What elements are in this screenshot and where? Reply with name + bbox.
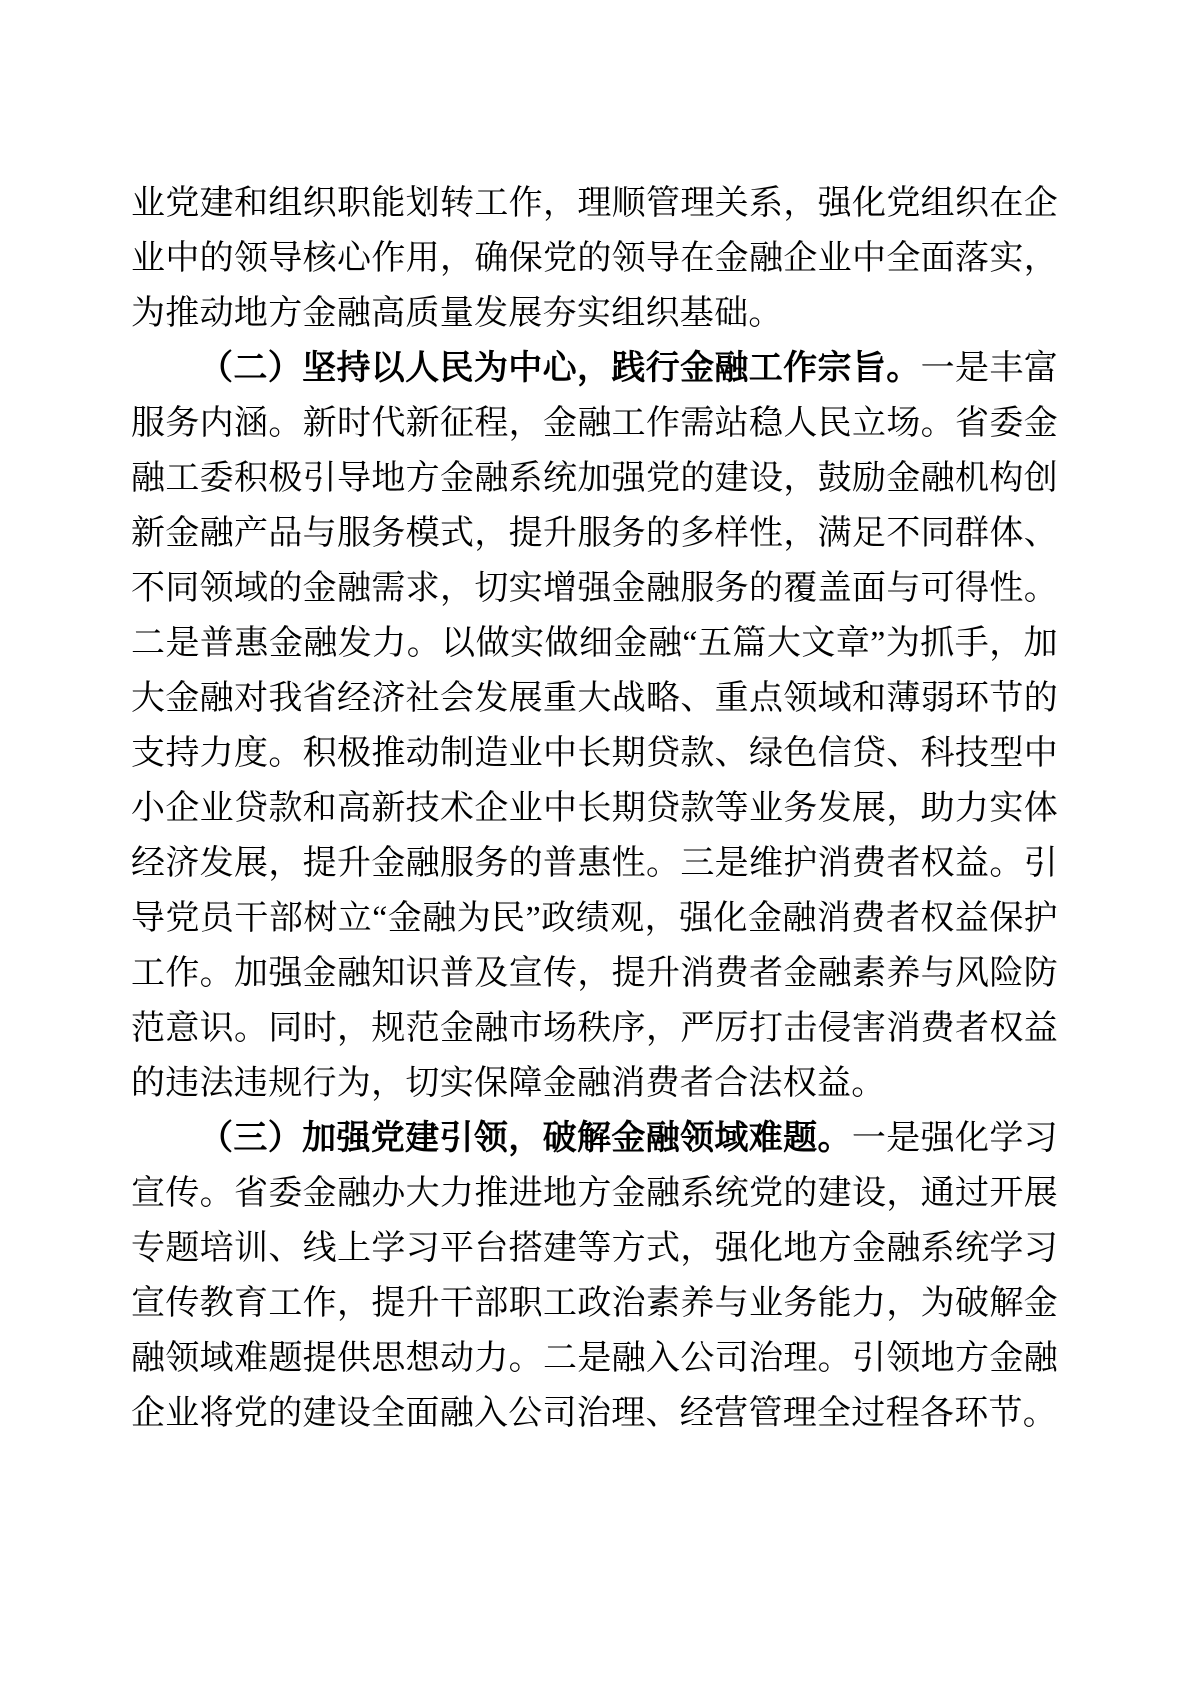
paragraph-continuation-text: 业党建和组织职能划转工作，理顺管理关系，强化党组织在企业中的领导核心作用，确保党… [131, 185, 1058, 332]
document-page: 业党建和组织职能划转工作，理顺管理关系，强化党组织在企业中的领导核心作用，确保党… [0, 0, 1190, 1683]
paragraph-section-2: （二）坚持以人民为中心，践行金融工作宗旨。一是丰富服务内涵。新时代新征程，金融工… [131, 341, 1058, 1111]
section-2-body-text: 一是丰富服务内涵。新时代新征程，金融工作需站稳人民立场。省委金融工委积极引导地方… [131, 350, 1058, 1102]
section-3-heading: （三）加强党建引领，破解金融领域难题。 [199, 1120, 852, 1157]
paragraph-section-3: （三）加强党建引领，破解金融领域难题。一是强化学习宣传。省委金融办大力推进地方金… [131, 1111, 1058, 1441]
section-3-body-text: 一是强化学习宣传。省委金融办大力推进地方金融系统党的建设，通过开展专题培训、线上… [131, 1120, 1058, 1432]
document-body: 业党建和组织职能划转工作，理顺管理关系，强化党组织在企业中的领导核心作用，确保党… [131, 176, 1058, 1441]
paragraph-continuation: 业党建和组织职能划转工作，理顺管理关系，强化党组织在企业中的领导核心作用，确保党… [131, 176, 1058, 341]
section-2-heading: （二）坚持以人民为中心，践行金融工作宗旨。 [199, 350, 921, 387]
